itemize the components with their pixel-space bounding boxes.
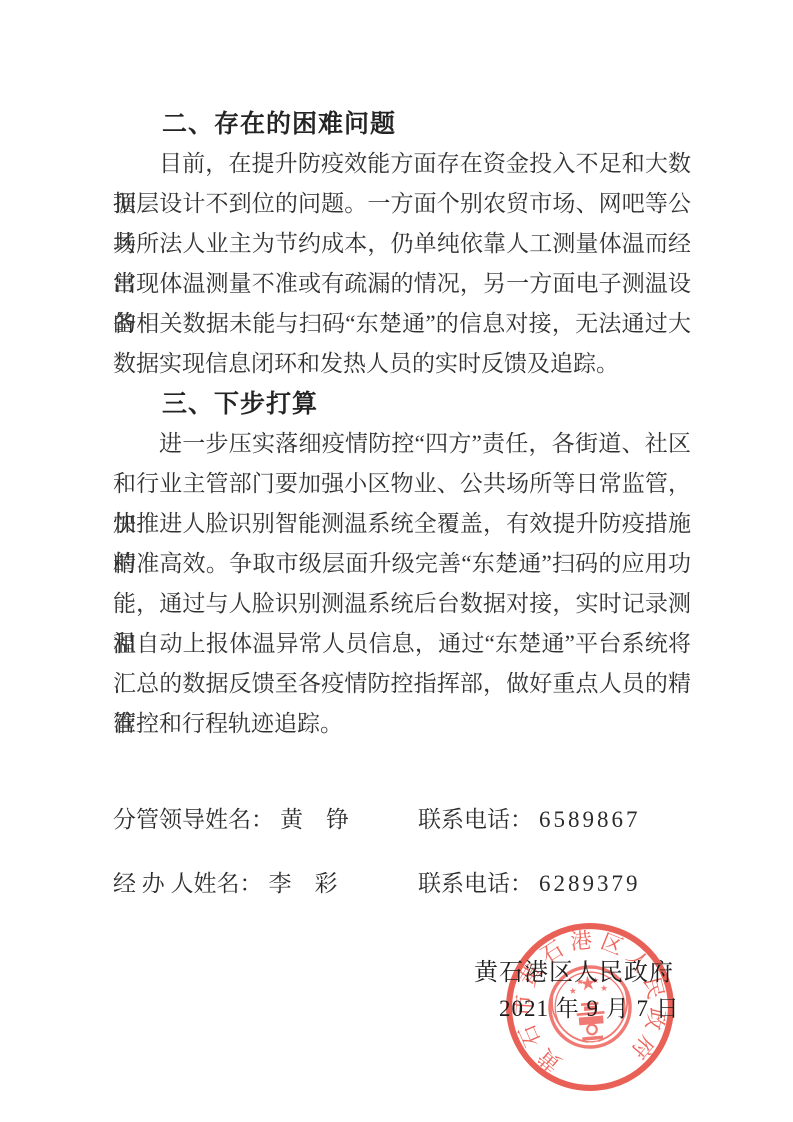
emblem-gear <box>587 1024 597 1034</box>
body-line: 管控和行程轨迹追踪。 <box>113 704 691 744</box>
leader-phone: 联系电话：6589867 <box>418 800 641 840</box>
issue-date: 2021 年 9 月 7 日 <box>499 990 680 1023</box>
handler-name: 李 彩 <box>269 871 338 896</box>
contact-row-leader: 分管领导姓名：黄 铮 联系电话：6589867 <box>113 800 691 840</box>
handler-name-label: 经 办 人姓名： <box>113 871 263 896</box>
body-line: 和自动上报体温异常人员信息，通过“东楚通”平台系统将 <box>113 624 691 664</box>
phone-number: 6289379 <box>539 871 641 896</box>
contact-info: 分管领导姓名：黄 铮 联系电话：6589867 经 办 人姓名：李 彩 联系电话… <box>113 800 691 904</box>
handler-phone: 联系电话：6289379 <box>418 864 641 904</box>
document-body: 二、存在的困难问题 目前，在提升防疫效能方面存在资金投入不足和大数据 顶层设计不… <box>113 104 691 904</box>
leader-name-label: 分管领导姓名： <box>113 807 274 832</box>
body-line: 的相关数据未能与扫码“东楚通”的信息对接，无法通过大 <box>113 304 691 344</box>
section-heading-next-steps: 三、下步打算 <box>113 384 691 424</box>
body-line: 出现体温测量不准或有疏漏的情况，另一方面电子测温设备 <box>113 264 691 304</box>
body-line: 进一步压实落细疫情防控“四方”责任，各街道、社区 <box>113 424 691 464</box>
body-line: 汇总的数据反馈至各疫情防控指挥部，做好重点人员的精准 <box>113 664 691 704</box>
body-line: 顶层设计不到位的问题。一方面个别农贸市场、网吧等公共 <box>113 184 691 224</box>
body-line: 能，通过与人脸识别测温系统后台数据对接，实时记录测温 <box>113 584 691 624</box>
leader-name: 黄 铮 <box>280 807 349 832</box>
contact-row-handler: 经 办 人姓名：李 彩 联系电话：6289379 <box>113 864 691 904</box>
body-line: 快推进人脸识别智能测温系统全覆盖，有效提升防疫措施的 <box>113 504 691 544</box>
phone-number: 6589867 <box>539 807 641 832</box>
body-line: 场所法人业主为节约成本，仍单纯依靠人工测量体温而经常 <box>113 224 691 264</box>
body-line: 和行业主管部门要加强小区物业、公共场所等日常监管，加 <box>113 464 691 504</box>
phone-label: 联系电话： <box>418 807 533 832</box>
body-line: 目前，在提升防疫效能方面存在资金投入不足和大数据 <box>113 144 691 184</box>
body-line: 精准高效。争取市级层面升级完善“东楚通”扫码的应用功 <box>113 544 691 584</box>
phone-label: 联系电话： <box>418 871 533 896</box>
issuer-name: 黄石港区人民政府 <box>474 952 674 987</box>
document-page: 二、存在的困难问题 目前，在提升防疫效能方面存在资金投入不足和大数据 顶层设计不… <box>0 0 793 1122</box>
body-line: 数据实现信息闭环和发热人员的实时反馈及追踪。 <box>113 344 691 384</box>
section-heading-difficulties: 二、存在的困难问题 <box>113 104 691 144</box>
